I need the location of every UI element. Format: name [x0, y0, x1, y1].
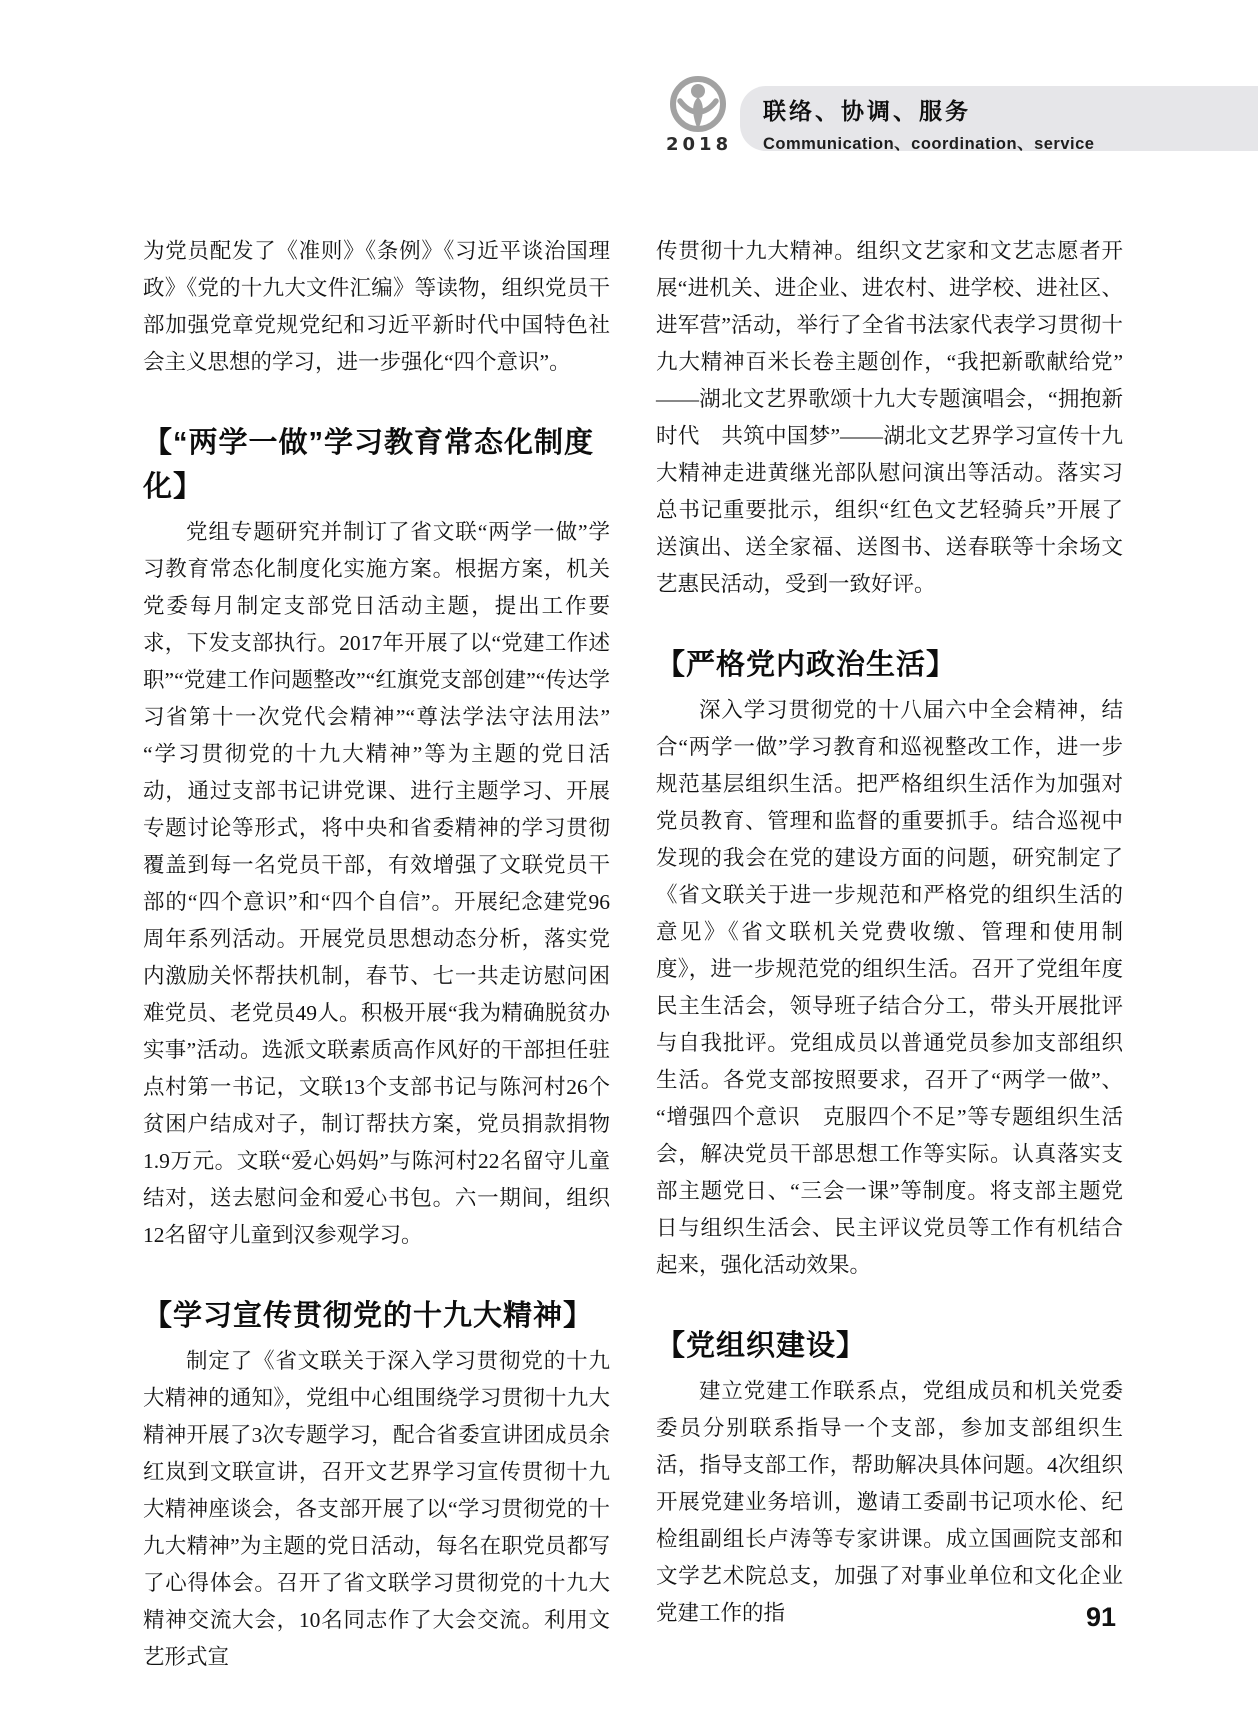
section-heading: 【严格党内政治生活】 [656, 643, 1123, 687]
section-heading: 【学习宣传贯彻党的十九大精神】 [143, 1294, 610, 1338]
left-column: 为党员配发了《准则》《条例》《习近平谈治国理政》《党的十九大文件汇编》等读物，组… [143, 233, 610, 1676]
logo-year-label: 2018 [666, 134, 730, 155]
section-heading: 【“两学一做”学习教育常态化制度化】 [143, 421, 610, 509]
federation-logo-icon [668, 74, 728, 138]
paragraph: 建立党建工作联系点，党组成员和机关党委委员分别联系指导一个支部，参加支部组织生活… [656, 1373, 1123, 1632]
page-container: 2018 联络、协调、服务 Communication、coordination… [0, 0, 1258, 1719]
logo-block: 2018 [666, 74, 730, 155]
paragraph: 党组专题研究并制订了省文联“两学一做”学习教育常态化制度化实施方案。根据方案，机… [143, 514, 610, 1254]
paragraph: 制定了《省文联关于深入学习贯彻党的十九大精神的通知》，党组中心组围绕学习贯彻十九… [143, 1343, 610, 1676]
section-heading: 【党组织建设】 [656, 1324, 1123, 1368]
page-number: 91 [1086, 1602, 1116, 1633]
paragraph: 传贯彻十九大精神。组织文艺家和文艺志愿者开展“进机关、进企业、进农村、进学校、进… [656, 233, 1123, 603]
right-column: 传贯彻十九大精神。组织文艺家和文艺志愿者开展“进机关、进企业、进农村、进学校、进… [656, 233, 1123, 1676]
banner-title-en: Communication、coordination、service [763, 130, 1258, 154]
section-title-banner: 联络、协调、服务 Communication、coordination、serv… [740, 86, 1258, 151]
paragraph: 深入学习贯彻党的十八届六中全会精神，结合“两学一做”学习教育和巡视整改工作，进一… [656, 692, 1123, 1284]
paragraph: 为党员配发了《准则》《条例》《习近平谈治国理政》《党的十九大文件汇编》等读物，组… [143, 233, 610, 381]
banner-title-cn: 联络、协调、服务 [763, 93, 1258, 126]
text-columns: 为党员配发了《准则》《条例》《习近平谈治国理政》《党的十九大文件汇编》等读物，组… [143, 233, 1123, 1676]
